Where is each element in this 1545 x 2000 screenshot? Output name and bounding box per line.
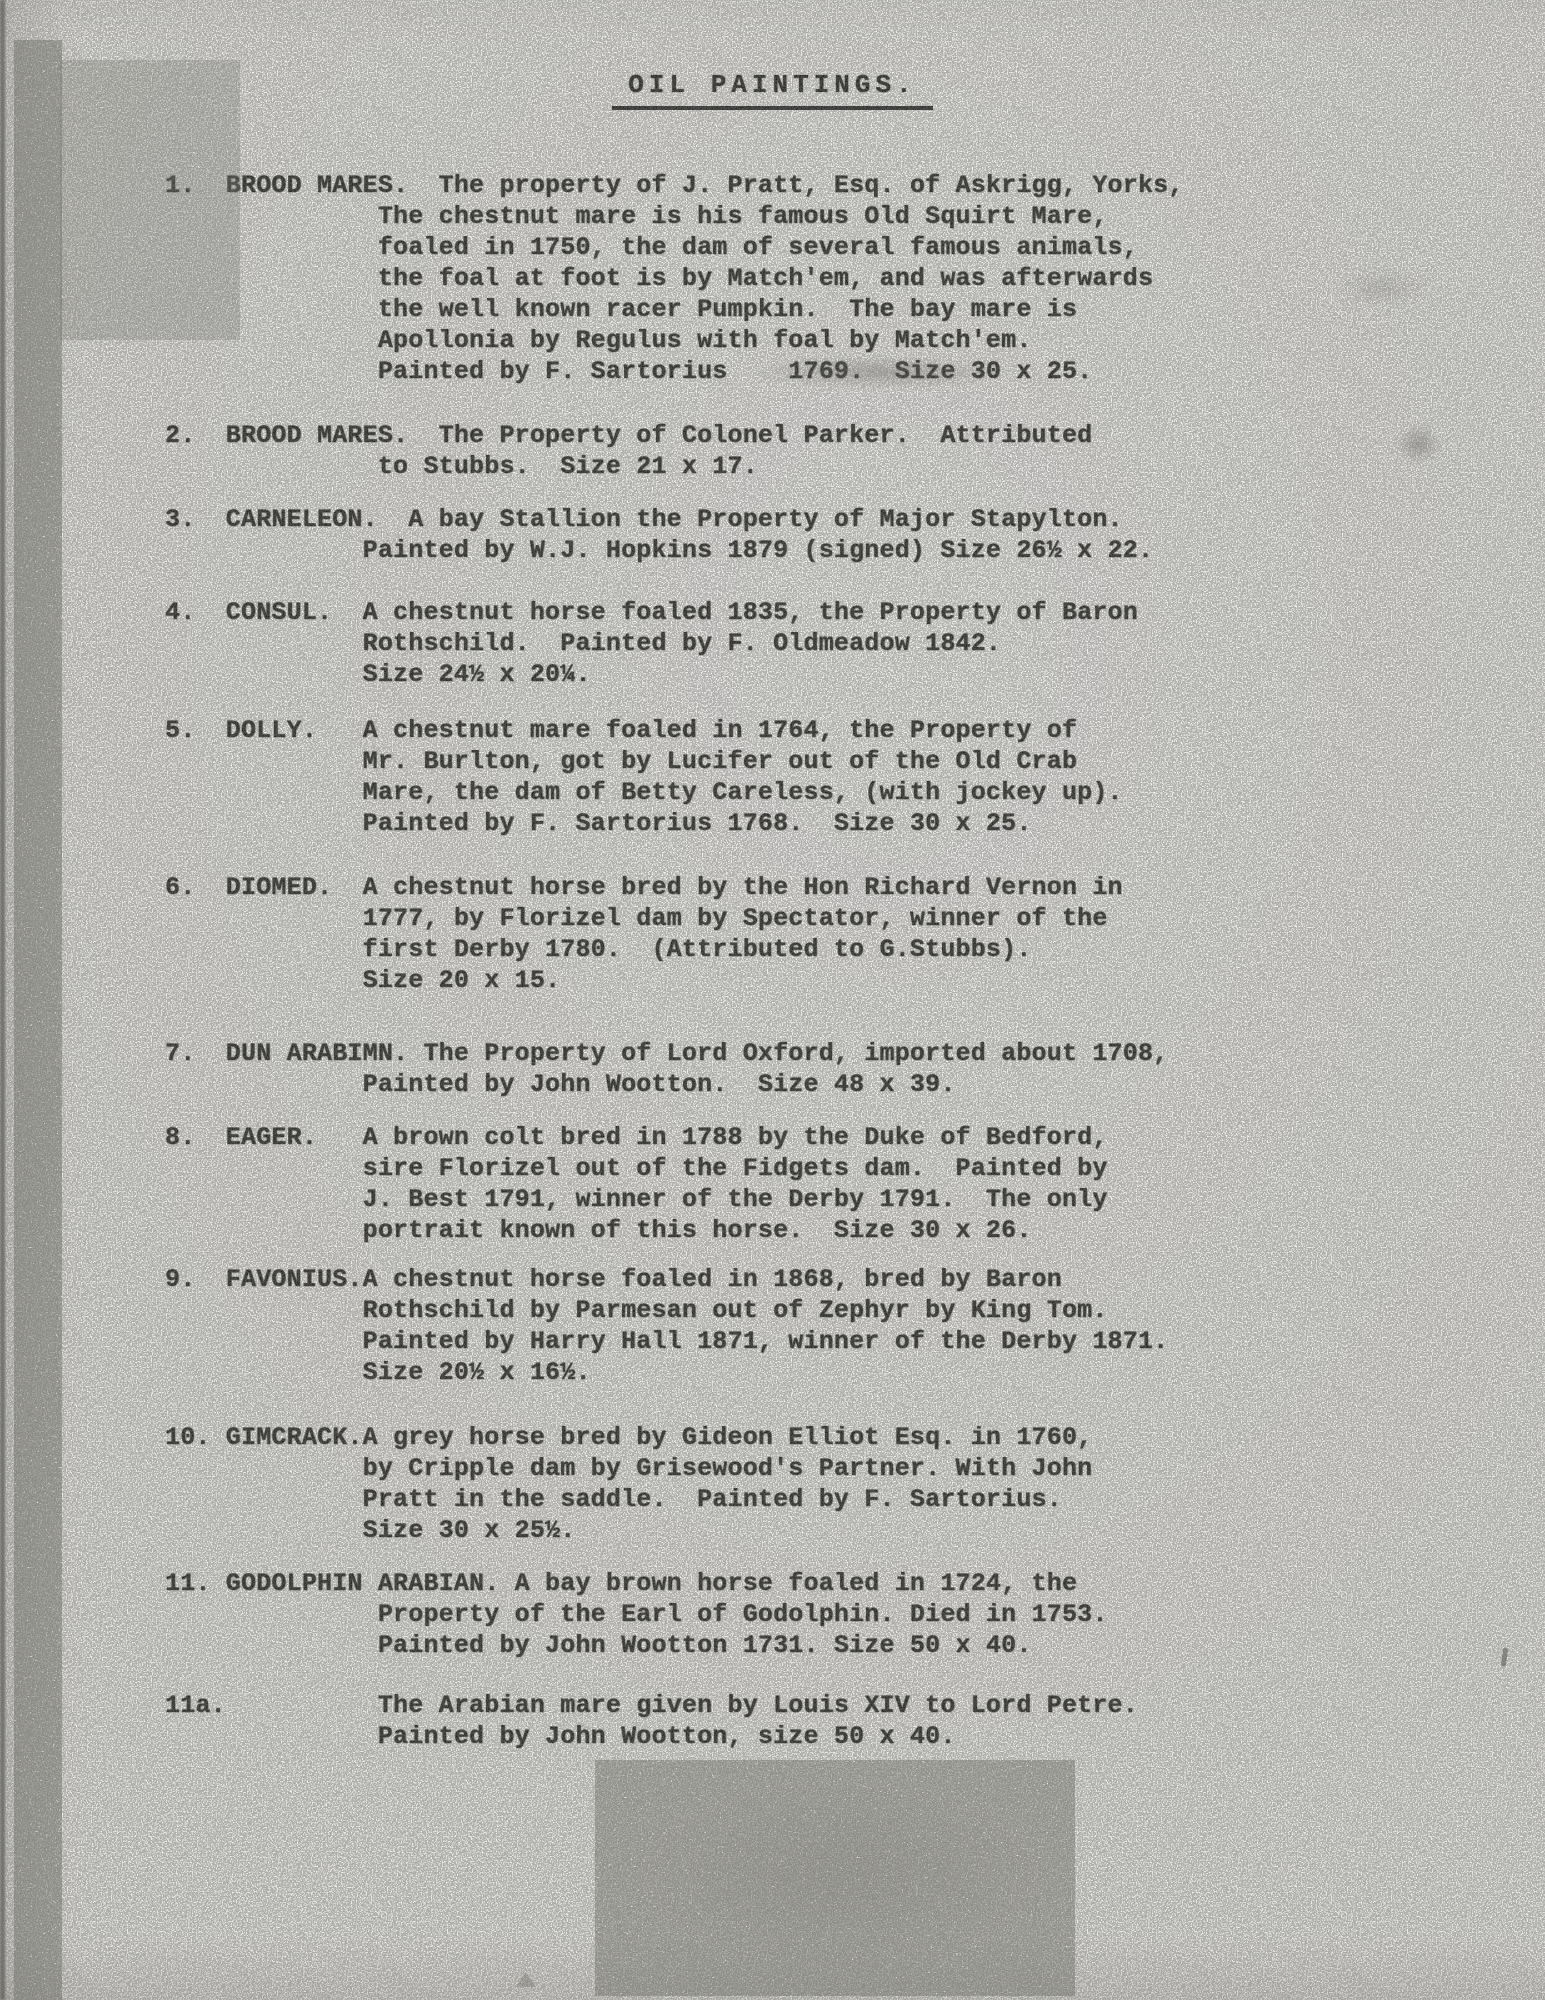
painting-entry: 11. GODOLPHIN ARABIAN. A bay brown horse…: [165, 1568, 1108, 1661]
painting-entry: 2. BROOD MARES. The Property of Colonel …: [165, 420, 1092, 482]
painting-entry: 8. EAGER. A brown colt bred in 1788 by t…: [165, 1122, 1108, 1246]
painting-entry: 5. DOLLY. A chestnut mare foaled in 1764…: [165, 715, 1123, 839]
painting-entry: 7. DUN ARABIMN. The Property of Lord Oxf…: [165, 1038, 1168, 1100]
scan-speck: [1501, 1648, 1508, 1667]
painting-entry: 10. GIMCRACK.A grey horse bred by Gideon…: [165, 1422, 1092, 1546]
painting-entry: 6. DIOMED. A chestnut horse bred by the …: [165, 872, 1123, 996]
paintings-list: 1. BROOD MARES. The property of J. Pratt…: [165, 0, 1465, 2000]
painting-entry: 3. CARNELEON. A bay Stallion the Propert…: [165, 504, 1153, 566]
painting-entry: 11a. The Arabian mare given by Louis XIV…: [165, 1690, 1138, 1752]
painting-entry: 4. CONSUL. A chestnut horse foaled 1835,…: [165, 597, 1138, 690]
painting-entry: 1. BROOD MARES. The property of J. Pratt…: [165, 170, 1184, 387]
painting-entry: 9. FAVONIUS.A chestnut horse foaled in 1…: [165, 1264, 1168, 1388]
scan-left-edge: [0, 0, 5, 2000]
scanned-document-page: OIL PAINTINGS. 1. BROOD MARES. The prope…: [0, 0, 1545, 2000]
